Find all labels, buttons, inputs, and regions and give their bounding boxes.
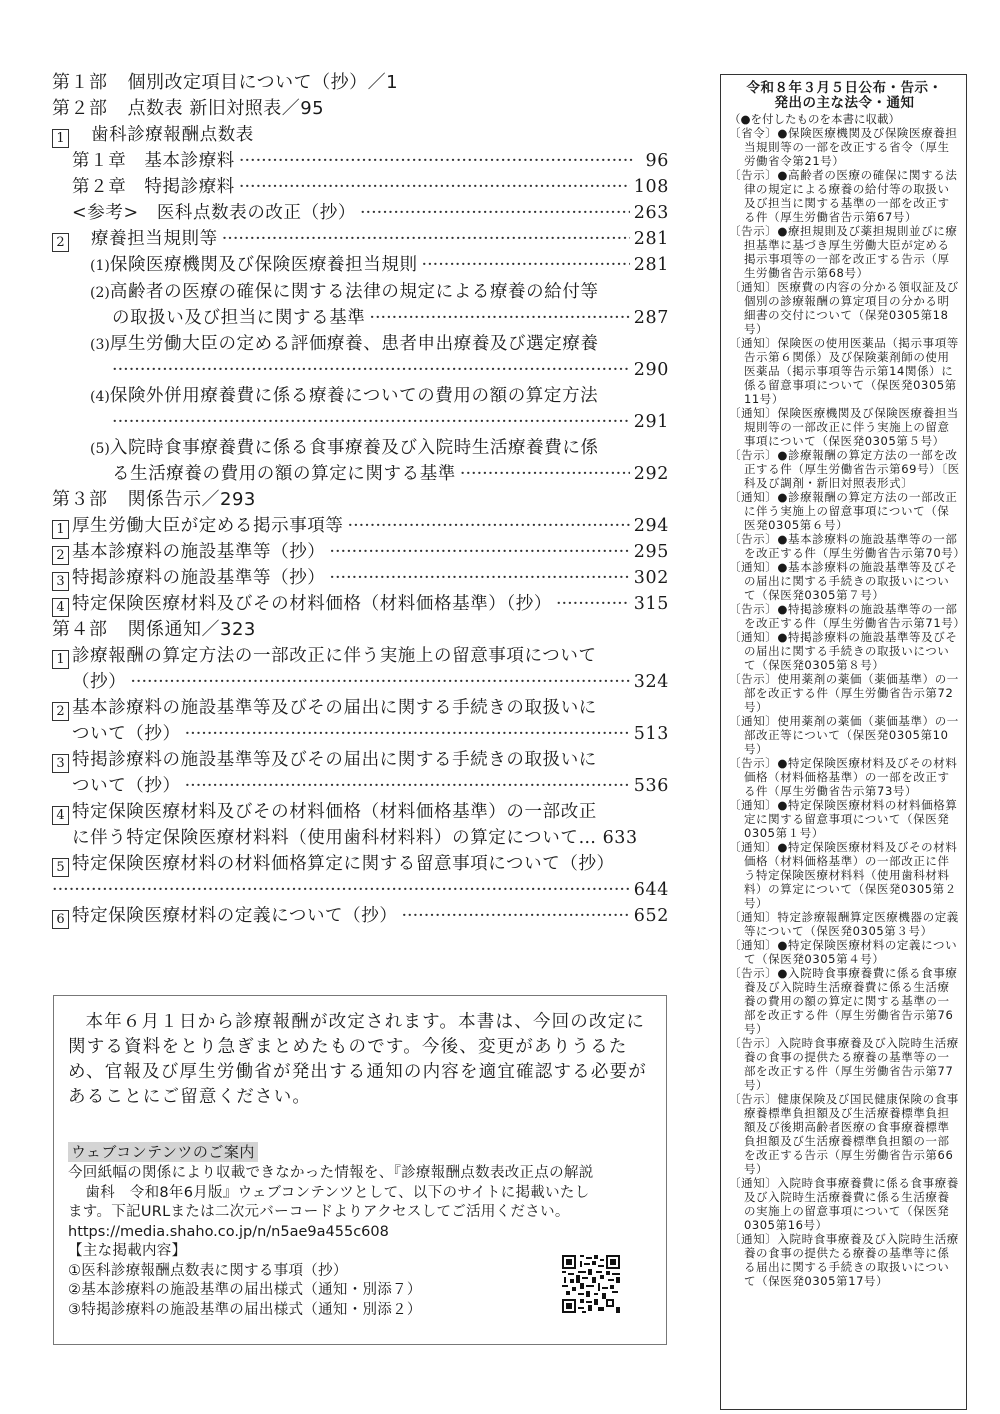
entry-label: 基本診療料の施設基準等（抄）	[72, 542, 325, 562]
entry-label: 特定保険医療材料の材料価格算定に関する留意事項について（抄）	[72, 854, 615, 874]
law-entry: 〔通知〕●特定保険医療材料の材料価格算定に関する留意事項について（保医発0305…	[729, 798, 960, 840]
qr-code-icon[interactable]	[562, 1255, 620, 1313]
toc-entry[interactable]: 6特定保険医療材料の定義について（抄）652	[52, 903, 669, 929]
toc-entry[interactable]: (1)保険医療機関及び保険医療養担当規則281	[52, 252, 669, 279]
leader-dots	[556, 591, 630, 617]
leader-dots	[52, 877, 630, 903]
notice-intro: 本年６月１日から診療報酬が改定されます。本書は、今回の改定に関する資料をとり急ぎ…	[68, 1010, 652, 1110]
leader-dots	[239, 174, 630, 200]
toc-entry[interactable]: 1診療報酬の算定方法の一部改正に伴う実施上の留意事項について （抄）324	[52, 643, 669, 695]
law-entry: 〔通知〕入院時食事療養及び入院時生活療養の食事の提供たる療養の基準等に係る届出に…	[729, 1232, 960, 1288]
toc-entry[interactable]: 第２章 特掲診療料108	[52, 174, 669, 200]
section-number-box: 2	[52, 546, 69, 565]
entry-label-cont: る生活療養の費用の額の算定に関する基準	[112, 461, 456, 487]
law-entry: 〔通知〕●特定保険医療材料の定義について（保医発0305第４号）	[729, 938, 960, 966]
law-entry: 〔通知〕特定診療報酬算定医療機器の定義等について（保医発0305第３号）	[729, 910, 960, 938]
toc-part-4[interactable]: 第４部関係通知／323	[52, 617, 669, 643]
table-of-contents: 第１部個別改定項目について（抄）／1 第２部点数表 新旧対照表／95 1歯科診療…	[52, 70, 669, 929]
toc-part-1[interactable]: 第１部個別改定項目について（抄）／1	[52, 70, 669, 96]
page-number: 536	[634, 773, 669, 799]
item-number: (5)	[90, 441, 110, 457]
section-number-box: 2	[52, 702, 69, 721]
page-number: 292	[634, 461, 669, 487]
page-number: 281	[634, 226, 669, 252]
part-title: 関係告示／293	[128, 489, 256, 510]
law-entry: 〔告示〕●療担規則及び薬担規則並びに療担基準に基づき厚生労働大臣が定める掲示事項…	[729, 224, 960, 280]
page-number: 513	[634, 721, 669, 747]
leader-dots	[185, 721, 630, 747]
law-entry: 〔告示〕●診療報酬の算定方法の一部を改正する件（厚生労働省告示第69号）〔医科及…	[729, 448, 960, 490]
part-number: 第３部	[52, 489, 108, 510]
section-title: 療養担当規則等	[91, 229, 218, 249]
law-entry: 〔告示〕●入院時食事療養費に係る食事療養及び入院時生活療養費に係る生活療養の費用…	[729, 966, 960, 1036]
toc-entry[interactable]: 2基本診療料の施設基準等（抄）295	[52, 539, 669, 565]
toc-entry[interactable]: (3)厚生労働大臣の定める評価療養、患者申出療養及び選定療養 290	[52, 331, 669, 383]
part-title: 点数表 新旧対照表／95	[128, 98, 325, 119]
page-number: 324	[634, 669, 669, 695]
toc-entry[interactable]: 5特定保険医療材料の材料価格算定に関する留意事項について（抄） 644	[52, 851, 669, 903]
leader-dots	[422, 252, 630, 278]
page-number: 108	[634, 174, 669, 200]
item-number: (2)	[90, 285, 110, 301]
page-number: 96	[639, 148, 669, 174]
web-contents-url-link[interactable]: https://media.shaho.co.jp/n/n5ae9a455c60…	[68, 1223, 652, 1243]
entry-label-cont: に伴う特定保険医療材料料（使用歯科材料料）の算定について…	[72, 825, 597, 851]
entry-label: 高齢者の医療の確保に関する法律の規定による療養の給付等	[110, 282, 599, 302]
law-entry: 〔通知〕●診療報酬の算定方法の一部改正に伴う実施上の留意事項について（保医発03…	[729, 490, 960, 532]
entry-label-cont: ついて（抄）	[72, 721, 181, 747]
entry-label-cont: の取扱い及び担当に関する基準	[112, 305, 365, 331]
item-number: (1)	[90, 258, 110, 274]
leader-dots	[222, 226, 630, 252]
entry-label: 保険医療機関及び保険医療養担当規則	[110, 255, 418, 275]
description-line: ます。下記URLまたは二次元バーコードよりアクセスしてご活用ください。	[68, 1203, 652, 1223]
entry-label-cont: （抄）	[72, 669, 126, 695]
toc-entry[interactable]: (5)入院時食事療養費に係る食事療養及び入院時生活療養費に係 る生活療養の費用の…	[52, 435, 669, 487]
page-number: 315	[634, 591, 669, 617]
description-line: 歯科 令和8年6月版』ウェブコンテンツとして、以下のサイトに掲載いたし	[68, 1184, 652, 1204]
page-number: 302	[634, 565, 669, 591]
page-number: 290	[634, 357, 669, 383]
toc-entry[interactable]: 4特定保険医療材料及びその材料価格（材料価格基準）の一部改正 に伴う特定保険医療…	[52, 799, 669, 851]
leader-dots	[112, 409, 630, 435]
page-number: 644	[634, 877, 669, 903]
part-number: 第２部	[52, 98, 108, 119]
sidebar-title: 令和８年３月５日公布・告示・ 発出の主な法令・通知	[729, 81, 960, 111]
item-number: (4)	[90, 389, 110, 405]
toc-part-3[interactable]: 第３部関係告示／293	[52, 487, 669, 513]
toc-entry[interactable]: 1厚生労働大臣が定める掲示事項等294	[52, 513, 669, 539]
entry-label: 厚生労働大臣が定める掲示事項等	[72, 516, 344, 536]
entry-label: <参考> 医科点数表の改正（抄）	[72, 200, 356, 226]
item-number: (3)	[90, 337, 110, 353]
section-number-box: 3	[52, 572, 69, 591]
toc-entry[interactable]: 3特掲診療料の施設基準等及びその届出に関する手続きの取扱いに ついて（抄）536	[52, 747, 669, 799]
entry-label: 厚生労働大臣の定める評価療養、患者申出療養及び選定療養	[110, 334, 599, 354]
law-entry: 〔通知〕●特定保険医療材料及びその材料価格（材料価格基準）の一部改正に伴う特定保…	[729, 840, 960, 910]
section-number-box: 1	[52, 650, 69, 669]
law-entry: 〔告示〕使用薬剤の薬価（薬価基準）の一部を改正する件（厚生労働省告示第72号）	[729, 672, 960, 714]
toc-part-2[interactable]: 第２部点数表 新旧対照表／95	[52, 96, 669, 122]
leader-dots	[185, 773, 630, 799]
sidebar-note: （●を付したものを本書に収載）	[729, 112, 960, 126]
law-entry: 〔通知〕●特掲診療料の施設基準等及びその届出に関する手続きの取扱いについて（保医…	[729, 630, 960, 672]
leader-dots	[130, 669, 629, 695]
entry-label-cont: ついて（抄）	[72, 773, 181, 799]
section-number-box: 4	[52, 598, 69, 617]
section-title: 歯科診療報酬点数表	[91, 125, 254, 145]
part-number: 第１部	[52, 72, 108, 93]
section-number-box: 2	[52, 233, 69, 252]
entry-label: 特定保険医療材料の定義について（抄）	[72, 906, 397, 926]
entry-label: 特定保険医療材料及びその材料価格（材料価格基準）（抄）	[72, 594, 552, 614]
page-number: 294	[634, 513, 669, 539]
law-entry: 〔告示〕●特掲診療料の施設基準等の一部を改正する件（厚生労働省告示第71号）	[729, 602, 960, 630]
law-entry: 〔通知〕保険医療機関及び保険医療養担当規則等の一部改正に伴う実施上の留意事項につ…	[729, 406, 960, 448]
law-entry: 〔通知〕入院時食事療養費に係る食事療養及び入院時生活療養費に係る生活療養の実施上…	[729, 1176, 960, 1232]
law-entry: 〔通知〕保険医の使用医薬品（掲示事項等告示第６関係）及び保険薬剤師の使用医薬品（…	[729, 336, 960, 406]
toc-entry[interactable]: 4特定保険医療材料及びその材料価格（材料価格基準）（抄）315	[52, 591, 669, 617]
toc-entry[interactable]: (4)保険外併用療養費に係る療養についての費用の額の算定方法 291	[52, 383, 669, 435]
page-number: 295	[634, 539, 669, 565]
law-entry: 〔通知〕●基本診療料の施設基準等及びその届出に関する手続きの取扱いについて（保医…	[729, 560, 960, 602]
part-title: 関係通知／323	[128, 619, 256, 640]
entry-label: 第２章 特掲診療料	[72, 174, 235, 200]
page-number: 291	[634, 409, 669, 435]
leader-dots	[401, 903, 629, 929]
toc-entry[interactable]: (2)高齢者の医療の確保に関する法律の規定による療養の給付等 の取扱い及び担当に…	[52, 279, 669, 331]
law-entry: 〔告示〕●高齢者の医療の確保に関する法律の規定による療養の給付等の取扱い及び担当…	[729, 168, 960, 224]
page-number: 652	[634, 903, 669, 929]
page-number: 263	[634, 200, 669, 226]
section-number-box: 3	[52, 754, 69, 773]
law-entry: 〔告示〕●特定保険医療材料及びその材料価格（材料価格基準）の一部を改正する件（厚…	[729, 756, 960, 798]
web-contents-description: 今回紙幅の関係により収載できなかった情報を、『診療報酬点数表改正点の解説 歯科 …	[68, 1164, 652, 1223]
section-number-box: 4	[52, 806, 69, 825]
sidebar-title-line: 令和８年３月５日公布・告示・	[729, 81, 960, 96]
law-entry: 〔告示〕健康保険及び国民健康保険の食事療養標準負担額及び生活療養標準負担額及び後…	[729, 1092, 960, 1176]
entry-label: 基本診療料の施設基準等及びその届出に関する手続きの取扱いに	[72, 698, 597, 718]
toc-section-heading[interactable]: 2療養担当規則等281	[52, 226, 669, 252]
leader-dots	[112, 357, 630, 383]
section-number-box: 1	[52, 129, 69, 148]
description-line: 今回紙幅の関係により収載できなかった情報を、『診療報酬点数表改正点の解説	[68, 1164, 652, 1184]
page-number: 287	[634, 305, 669, 331]
page-number: 633	[603, 825, 638, 851]
law-entry: 〔告示〕入院時食事療養及び入院時生活療養の食事の提供たる療養の基準等の一部を改正…	[729, 1036, 960, 1092]
toc-section-heading[interactable]: 1歯科診療報酬点数表	[52, 122, 669, 148]
section-number-box: 6	[52, 910, 69, 929]
entry-label: 特掲診療料の施設基準等及びその届出に関する手続きの取扱いに	[72, 750, 597, 770]
law-entry: 〔省令〕●保険医療機関及び保険医療養担当規則等の一部を改正する省令（厚生労働省令…	[729, 126, 960, 168]
toc-entry[interactable]: 第１章 基本診療料96	[52, 148, 669, 174]
leader-dots	[329, 539, 629, 565]
toc-entry[interactable]: <参考> 医科点数表の改正（抄）263	[52, 200, 669, 226]
entry-label: 第１章 基本診療料	[72, 148, 235, 174]
laws-notices-sidebar: 令和８年３月５日公布・告示・ 発出の主な法令・通知 （●を付したものを本書に収載…	[720, 74, 967, 1410]
leader-dots	[460, 461, 630, 487]
sidebar-title-line: 発出の主な法令・通知	[729, 96, 960, 111]
section-number-box: 1	[52, 520, 69, 539]
leader-dots	[239, 148, 635, 174]
web-contents-heading: ウェブコンテンツのご案内	[68, 1142, 258, 1162]
law-entry: 〔通知〕医療費の内容の分かる領収証及び個別の診療報酬の算定項目の分かる明細書の交…	[729, 280, 960, 336]
entry-label: 入院時食事療養費に係る食事療養及び入院時生活療養費に係	[110, 438, 599, 458]
part-title: 個別改定項目について（抄）／1	[128, 72, 399, 93]
law-entry: 〔通知〕使用薬剤の薬価（薬価基準）の一部改正等について（保医発0305第10号）	[729, 714, 960, 756]
entry-label: 診療報酬の算定方法の一部改正に伴う実施上の留意事項について	[72, 646, 597, 666]
law-entry: 〔告示〕●基本診療料の施設基準等の一部を改正する件（厚生労働省告示第70号）	[729, 532, 960, 560]
entry-label: 特定保険医療材料及びその材料価格（材料価格基準）の一部改正	[72, 802, 597, 822]
leader-dots	[329, 565, 629, 591]
page-number: 281	[634, 252, 669, 278]
leader-dots	[360, 200, 630, 226]
part-number: 第４部	[52, 619, 108, 640]
entry-label: 特掲診療料の施設基準等（抄）	[72, 568, 325, 588]
leader-dots	[348, 513, 630, 539]
toc-entry[interactable]: 2基本診療料の施設基準等及びその届出に関する手続きの取扱いに ついて（抄）513	[52, 695, 669, 747]
leader-dots	[369, 305, 629, 331]
entry-label: 保険外併用療養費に係る療養についての費用の額の算定方法	[110, 386, 598, 406]
toc-entry[interactable]: 3特掲診療料の施設基準等（抄）302	[52, 565, 669, 591]
section-number-box: 5	[52, 858, 69, 877]
